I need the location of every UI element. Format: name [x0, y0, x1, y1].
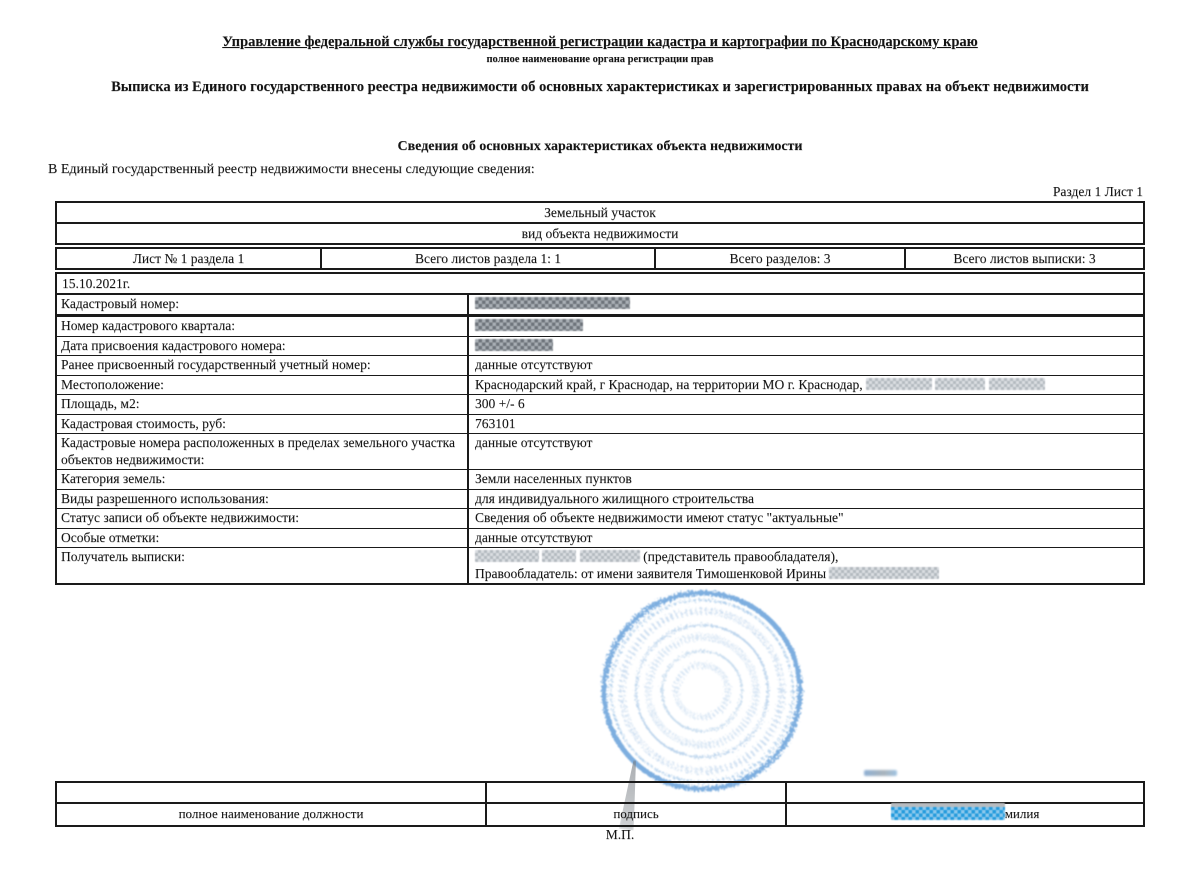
authority-title: Управление федеральной службы государств…	[0, 34, 1200, 51]
row-inner-objects: Кадастровые номера расположенных в преде…	[57, 434, 1143, 470]
recipient-line2-text: Правообладатель: от имени заявителя Тимо…	[475, 566, 826, 581]
redacted-value	[475, 319, 583, 331]
row-value: (представитель правообладателя), Правооб…	[469, 548, 1143, 583]
row-record-status: Статус записи об объекте недвижимости: С…	[57, 509, 1143, 529]
row-area: Площадь, м2: 300 +/- 6	[57, 395, 1143, 415]
row-value: Земли населенных пунктов	[469, 470, 1143, 489]
position-cell	[57, 783, 487, 802]
row-label: Получатель выписки:	[57, 548, 469, 583]
authority-title-text: Управление федеральной службы государств…	[222, 34, 978, 50]
redacted-value	[580, 550, 640, 562]
row-land-category: Категория земель: Земли населенных пункт…	[57, 470, 1143, 490]
redacted-value	[475, 297, 630, 309]
row-label: Категория земель:	[57, 470, 469, 489]
row-location: Местоположение: Краснодарский край, г Кр…	[57, 376, 1143, 396]
redacted-value	[829, 567, 939, 579]
object-type-caption: вид объекта недвижимости	[57, 224, 1143, 243]
row-label: Особые отметки:	[57, 529, 469, 548]
row-label: Номер кадастрового квартала:	[57, 317, 469, 336]
row-cadastral-value: Кадастровая стоимость, руб: 763101	[57, 415, 1143, 435]
row-value	[469, 295, 1143, 314]
signature-row-blank	[57, 783, 1143, 804]
row-value: 300 +/- 6	[469, 395, 1143, 414]
row-recipient: Получатель выписки: (представитель право…	[57, 548, 1143, 583]
ink-smudge	[864, 770, 897, 776]
recipient-line1-text: (представитель правообладателя),	[643, 549, 838, 564]
row-label: Местоположение:	[57, 376, 469, 395]
redacted-name-stamp	[891, 803, 1005, 820]
redacted-value	[989, 378, 1045, 390]
object-type-value: Земельный участок	[57, 203, 1143, 224]
sheet-info-table: Лист № 1 раздела 1 Всего листов раздела …	[55, 247, 1145, 270]
name-caption: милия	[787, 804, 1143, 825]
redacted-value	[866, 378, 932, 390]
intro-text: В Единый государственный реестр недвижим…	[48, 162, 535, 178]
name-caption-fragment: милия	[1005, 806, 1040, 821]
object-type-table: Земельный участок вид объекта недвижимос…	[55, 201, 1145, 245]
row-label: Кадастровые номера расположенных в преде…	[57, 434, 469, 469]
row-value: Сведения об объекте недвижимости имеют с…	[469, 509, 1143, 528]
row-label: Виды разрешенного использования:	[57, 490, 469, 509]
redacted-value	[935, 378, 985, 390]
sheet-number-cell: Лист № 1 раздела 1	[57, 249, 322, 268]
row-value: для индивидуального жилищного строительс…	[469, 490, 1143, 509]
extract-date: 15.10.2021г.	[57, 274, 1143, 295]
details-table: Номер кадастрового квартала: Дата присво…	[55, 315, 1145, 585]
seal-place-label: М.П.	[470, 827, 770, 843]
signature-table: полное наименование должности подпись ми…	[55, 781, 1145, 827]
redacted-value	[475, 550, 539, 562]
section-title: Сведения об основных характеристиках объ…	[0, 139, 1200, 155]
sheets-in-section-cell: Всего листов раздела 1: 1	[322, 249, 656, 268]
row-special-notes: Особые отметки: данные отсутствуют	[57, 529, 1143, 549]
extract-date-table: 15.10.2021г. Кадастровый номер:	[55, 272, 1145, 316]
redacted-value	[475, 339, 553, 351]
row-value	[469, 317, 1143, 336]
document-title: Выписка из Единого государственного реес…	[60, 79, 1140, 96]
document-page: Управление федеральной службы государств…	[0, 0, 1200, 882]
row-value: 763101	[469, 415, 1143, 434]
signature-cell	[487, 783, 787, 802]
row-value: Краснодарский край, г Краснодар, на терр…	[469, 376, 1143, 395]
section-sheet-label: Раздел 1 Лист 1	[1053, 184, 1143, 200]
row-permitted-use: Виды разрешенного использования: для инд…	[57, 490, 1143, 510]
authority-caption: полное наименование органа регистрации п…	[0, 54, 1200, 65]
row-label: Статус записи об объекте недвижимости:	[57, 509, 469, 528]
signature-caption: подпись	[487, 804, 787, 825]
row-label: Дата присвоения кадастрового номера:	[57, 337, 469, 356]
official-seal-stamp	[596, 586, 808, 798]
row-value	[469, 337, 1143, 356]
row-value: данные отсутствуют	[469, 356, 1143, 375]
row-assignment-date: Дата присвоения кадастрового номера:	[57, 337, 1143, 357]
redacted-value	[542, 550, 576, 562]
location-text: Краснодарский край, г Краснодар, на терр…	[475, 377, 863, 392]
total-sections-cell: Всего разделов: 3	[656, 249, 906, 268]
row-previous-number: Ранее присвоенный государственный учетны…	[57, 356, 1143, 376]
row-label: Площадь, м2:	[57, 395, 469, 414]
row-label: Ранее присвоенный государственный учетны…	[57, 356, 469, 375]
recipient-line1: (представитель правообладателя),	[475, 549, 1143, 566]
row-cadastral-number: Кадастровый номер:	[57, 295, 1143, 314]
total-sheets-cell: Всего листов выписки: 3	[906, 249, 1143, 268]
position-caption: полное наименование должности	[57, 804, 487, 825]
recipient-line2: Правообладатель: от имени заявителя Тимо…	[475, 566, 1143, 583]
row-value: данные отсутствуют	[469, 434, 1143, 469]
row-label: Кадастровый номер:	[57, 295, 469, 314]
row-label: Кадастровая стоимость, руб:	[57, 415, 469, 434]
row-cadastral-quarter: Номер кадастрового квартала:	[57, 317, 1143, 337]
name-cell	[787, 783, 1143, 802]
signature-row-captions: полное наименование должности подпись ми…	[57, 804, 1143, 825]
row-value: данные отсутствуют	[469, 529, 1143, 548]
